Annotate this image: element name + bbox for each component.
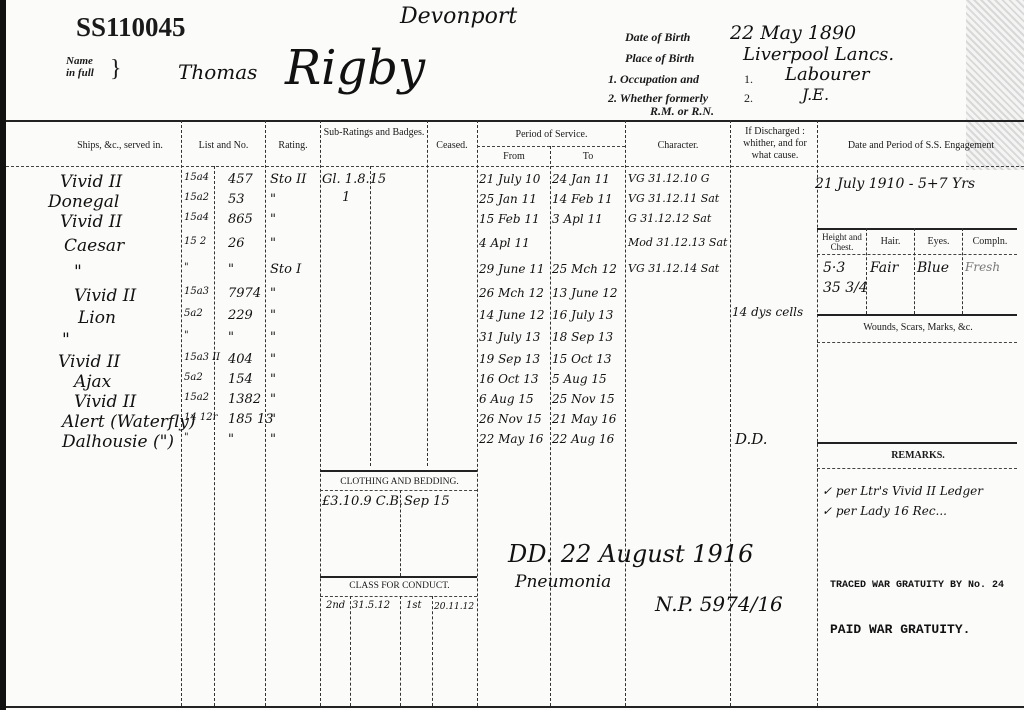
discharge-dd: D.D. [735, 430, 768, 448]
clothing-amount: £3.10.9 C.B. [322, 494, 403, 509]
remarks-label: REMARKS. [818, 450, 1018, 462]
remark-1: ✓ per Ltr's Vivid II Ledger [822, 484, 983, 498]
list-code: 15a4 [184, 172, 209, 183]
surname: Rigby [285, 40, 425, 96]
scan-edge [0, 0, 6, 710]
rating: " [270, 308, 276, 323]
service-from: 31 July 13 [479, 330, 540, 344]
col-to: To [551, 151, 625, 163]
remark-2: ✓ per Lady 16 Rec... [822, 504, 947, 518]
list-number: 865 [228, 212, 253, 227]
discharge-cells: 14 dys cells [732, 305, 803, 319]
ship-name: " [74, 262, 82, 282]
col-ships: Ships, &c., served in. [60, 140, 180, 152]
list-code: 15a3 [184, 286, 209, 297]
service-to: 5 Aug 15 [552, 372, 607, 386]
ship-name: Vivid II [74, 392, 136, 412]
formerly-label-2: R.M. or R.N. [650, 104, 714, 119]
hair-value: Fair [870, 260, 898, 276]
character: VG 31.12.14 Sat [628, 262, 719, 275]
conduct-rule [320, 596, 477, 597]
height-value: 5·3 [823, 260, 845, 276]
dob-label: Date of Birth [625, 30, 690, 45]
conduct-top-rule [320, 576, 477, 578]
hair-label: Hair. [867, 236, 914, 248]
remarks-top-rule [817, 442, 1017, 444]
death-reference: N.P. 5974/16 [655, 592, 783, 616]
list-code: 5a2 [184, 372, 203, 383]
service-to: 16 July 13 [552, 308, 613, 322]
service-from: 22 May 16 [479, 432, 543, 446]
col-divider [477, 120, 478, 706]
chest-value: 35 3/4 [823, 280, 868, 296]
pob-value: Liverpool Lancs. [743, 44, 894, 65]
list-code: 15 2 [184, 236, 206, 247]
rating: " [270, 192, 276, 207]
paid-stamp: PAID WAR GRATUITY. [830, 622, 970, 637]
col-divider [427, 120, 428, 466]
eyes-value: Blue [917, 260, 949, 276]
port-division: Devonport [400, 4, 517, 29]
rating: " [270, 286, 276, 301]
col-ss-engagement: Date and Period of S.S. Engagement [818, 140, 1024, 152]
list-number: " [228, 262, 234, 277]
name-label: Name in full [66, 55, 94, 79]
col-ceased: Ceased. [428, 140, 476, 152]
remarks-rule [817, 468, 1017, 469]
ship-name: Lion [78, 308, 116, 328]
wounds-label: Wounds, Scars, Marks, &c. [818, 322, 1018, 334]
subrating-sub: 1 [342, 190, 350, 205]
service-from: 6 Aug 15 [479, 392, 534, 406]
pob-label: Place of Birth [625, 51, 694, 66]
list-code: 14 12r [184, 412, 217, 423]
list-code: " [184, 262, 189, 273]
col-from: From [478, 151, 550, 163]
rating: " [270, 330, 276, 345]
service-from: 19 Sep 13 [479, 352, 540, 366]
service-from: 14 June 12 [479, 308, 545, 322]
character: G 31.12.12 Sat [628, 212, 711, 225]
service-to: 13 June 12 [552, 286, 618, 300]
clothing-rule [320, 490, 477, 491]
rating: " [270, 372, 276, 387]
col-divider [817, 120, 818, 706]
service-to: 21 May 16 [552, 412, 616, 426]
dob-value: 22 May 1890 [730, 22, 856, 44]
list-number: 185 13 [228, 412, 274, 427]
column-header-rule [6, 166, 1024, 167]
ship-name: Caesar [64, 236, 124, 256]
ship-name: Dalhousie (") [62, 432, 174, 452]
service-from: 26 Nov 15 [479, 412, 542, 426]
conduct-divider [432, 596, 433, 706]
eyes-label: Eyes. [915, 236, 962, 248]
clothing-top-rule [320, 470, 477, 472]
ship-name: Vivid II [58, 352, 120, 372]
ship-name: " [62, 330, 70, 350]
rating: Sto II [270, 172, 306, 187]
period-split [477, 146, 625, 147]
service-from: 25 Jan 11 [479, 192, 537, 206]
col-rating: Rating. [266, 140, 320, 152]
character: VG 31.12.10 G [628, 172, 710, 185]
list-number: " [228, 432, 234, 447]
height-label: Height and Chest. [818, 232, 866, 252]
service-to: 25 Nov 15 [552, 392, 615, 406]
rating: " [270, 352, 276, 367]
col-divider [320, 120, 321, 706]
conduct-divider [350, 596, 351, 706]
official-number: SS110045 [76, 12, 186, 43]
col-list-no: List and No. [182, 140, 265, 152]
list-code: 5a2 [184, 308, 203, 319]
rating: " [270, 412, 276, 427]
service-to: 14 Feb 11 [552, 192, 613, 206]
subrating-entry: Gl. 1.8.15 [322, 172, 386, 187]
rating: " [270, 236, 276, 251]
col-divider [730, 120, 731, 706]
service-from: 15 Feb 11 [479, 212, 540, 226]
occupation-value: Labourer [785, 64, 870, 85]
service-to: 24 Jan 11 [552, 172, 610, 186]
clothing-label: CLOTHING AND BEDDING. [322, 476, 477, 488]
col-character: Character. [626, 140, 730, 152]
service-from: 4 Apl 11 [479, 236, 530, 250]
service-from: 26 Mch 12 [479, 286, 544, 300]
formerly-num: 2. [744, 91, 753, 106]
list-number: 457 [228, 172, 253, 187]
list-number: " [228, 330, 234, 345]
col-period: Period of Service. [478, 129, 625, 141]
physical-bottom-rule [817, 314, 1017, 316]
conduct-class-2: 1st [406, 600, 422, 611]
ship-name: Vivid II [74, 286, 136, 306]
list-code: " [184, 330, 189, 341]
rating: " [270, 392, 276, 407]
col-discharged: If Discharged : whither, and for what ca… [733, 126, 817, 162]
conduct-label: CLASS FOR CONDUCT. [322, 580, 477, 592]
list-code: " [184, 432, 189, 443]
physical-top-rule [817, 228, 1017, 230]
list-code: 15a2 [184, 392, 209, 403]
col-divider [550, 146, 551, 706]
service-from: 16 Oct 13 [479, 372, 539, 386]
ship-name: Donegal [48, 192, 119, 212]
clothing-date: Sep 15 [404, 494, 450, 509]
conduct-divider [400, 596, 401, 706]
traced-stamp: TRACED WAR GRATUITY BY No. 24 [830, 580, 1004, 591]
list-number: 1382 [228, 392, 261, 407]
ss-engagement-value: 21 July 1910 - 5+7 Yrs [815, 176, 975, 192]
compln-label: Compln. [963, 236, 1017, 248]
death-cause: Pneumonia [515, 572, 611, 592]
first-name: Thomas [178, 60, 257, 84]
list-number: 154 [228, 372, 253, 387]
ship-name: Alert (Waterfly) [62, 412, 196, 432]
ship-name: Ajax [74, 372, 111, 392]
service-from: 21 July 10 [479, 172, 540, 186]
list-number: 404 [228, 352, 253, 367]
service-to: 18 Sep 13 [552, 330, 613, 344]
service-to: 3 Apl 11 [552, 212, 603, 226]
death-date: DD. 22 August 1916 [508, 540, 753, 568]
list-number: 53 [228, 192, 245, 207]
name-brace: } [110, 56, 122, 83]
character: VG 31.12.11 Sat [628, 192, 719, 205]
bottom-rule [6, 706, 1024, 708]
list-code: 15a3 II [184, 352, 220, 363]
complexion-value: Fresh [965, 260, 1000, 274]
ship-name: Vivid II [60, 172, 122, 192]
rating: " [270, 432, 276, 447]
service-from: 29 June 11 [479, 262, 545, 276]
wounds-rule [817, 342, 1017, 343]
list-number: 26 [228, 236, 245, 251]
conduct-date-2: 20.11.12 [434, 602, 474, 612]
formerly-value: J.E. [802, 85, 829, 104]
service-to: 15 Oct 13 [552, 352, 612, 366]
list-code: 15a2 [184, 192, 209, 203]
ship-name: Vivid II [60, 212, 122, 232]
rating: Sto I [270, 262, 301, 277]
character: Mod 31.12.13 Sat [628, 236, 727, 249]
list-code: 15a4 [184, 212, 209, 223]
physical-header-rule [817, 254, 1017, 255]
list-number: 229 [228, 308, 253, 323]
col-divider [214, 166, 215, 706]
service-to: 22 Aug 16 [552, 432, 614, 446]
col-divider [370, 166, 371, 466]
occupation-label: 1. Occupation and [608, 72, 699, 87]
conduct-class-1: 2nd [326, 600, 345, 611]
col-divider [625, 120, 626, 706]
header-rule [6, 120, 1024, 122]
service-to: 25 Mch 12 [552, 262, 617, 276]
rating: " [270, 212, 276, 227]
occupation-num: 1. [744, 72, 753, 87]
col-subratings: Sub-Ratings and Badges. [322, 127, 426, 139]
list-number: 7974 [228, 286, 261, 301]
conduct-date-1: 31.5.12 [352, 600, 390, 611]
